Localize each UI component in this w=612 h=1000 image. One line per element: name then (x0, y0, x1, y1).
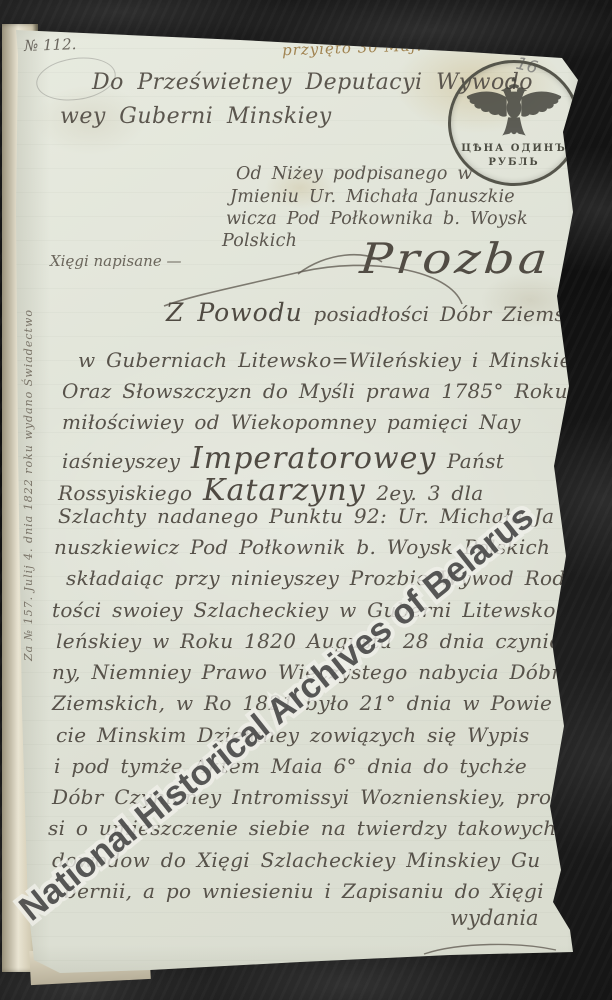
body-line: Oraz Słowszczyzn do Myśli prawa 1785° Ro… (62, 379, 612, 403)
sender-line-4: Polskich (222, 231, 297, 251)
scanned-document-photo: № 112. przyięto 30 Maj. 1822 16 Do Prześ… (0, 0, 612, 1000)
body-line: cie Minskim Dziełaney zowiązych się Wypi… (56, 723, 530, 747)
body-line: i pod tymże Aktem Maia 6° dnia do tychże (54, 754, 527, 778)
body-line-emphasis: Katarzyny (203, 473, 366, 508)
stamp-price-line-1: ЦѢНА ОДИНЪ (451, 143, 577, 154)
vertical-margin-note: Za № 157. Julij 4. dnia 1822 roku wydano… (22, 265, 38, 705)
registry-number: № 112. (24, 35, 77, 55)
body-line: Z Powodu posiadłości Dóbr Ziemskich (166, 298, 609, 327)
body-line-emphasis: Imperatorowey (191, 441, 436, 476)
body-line: tości swoiey Szlacheckiey w Guberni Lite… (52, 598, 600, 622)
sender-line-3: wicza Pod Połkownika b. Woysk (226, 209, 528, 229)
body-line: bernii, a po wniesieniu i Zapisaniu do X… (64, 879, 544, 903)
body-line: w Guberniach Litewsko=Wileńskiey i Minsk… (78, 348, 583, 372)
body-line-text: Rossyiskiego (58, 481, 203, 505)
sender-line-1: Od Niżey podpisanego w (236, 164, 473, 184)
address-line-2: wey Guberni Minskiey (60, 104, 332, 129)
body-line: leńskiey w Roku 1820 Augusta 28 dnia czy… (56, 629, 562, 653)
double-headed-eagle-icon (459, 77, 569, 143)
body-line: Rossyiskiego Katarzyny 2ey. 3 dla (58, 473, 483, 508)
body-line: miłościwiey od Wiekopomney pamięci Nay (62, 410, 521, 434)
body-line: iaśnieyszey Imperatorowey Państ (62, 441, 504, 476)
closing-word: wydania (450, 906, 539, 930)
body-line-emphasis: Z Powodu (166, 298, 303, 327)
body-line: składaiąc przy ninieyszey Prozbie Wywod … (66, 566, 602, 590)
sender-line-2: Jmieniu Ur. Michała Januszkie (230, 187, 515, 207)
body-line-text: iaśnieyszey (62, 449, 191, 473)
body-line-text: Państ (436, 449, 504, 473)
body-line-text: 2ey. 3 dla (366, 481, 484, 505)
